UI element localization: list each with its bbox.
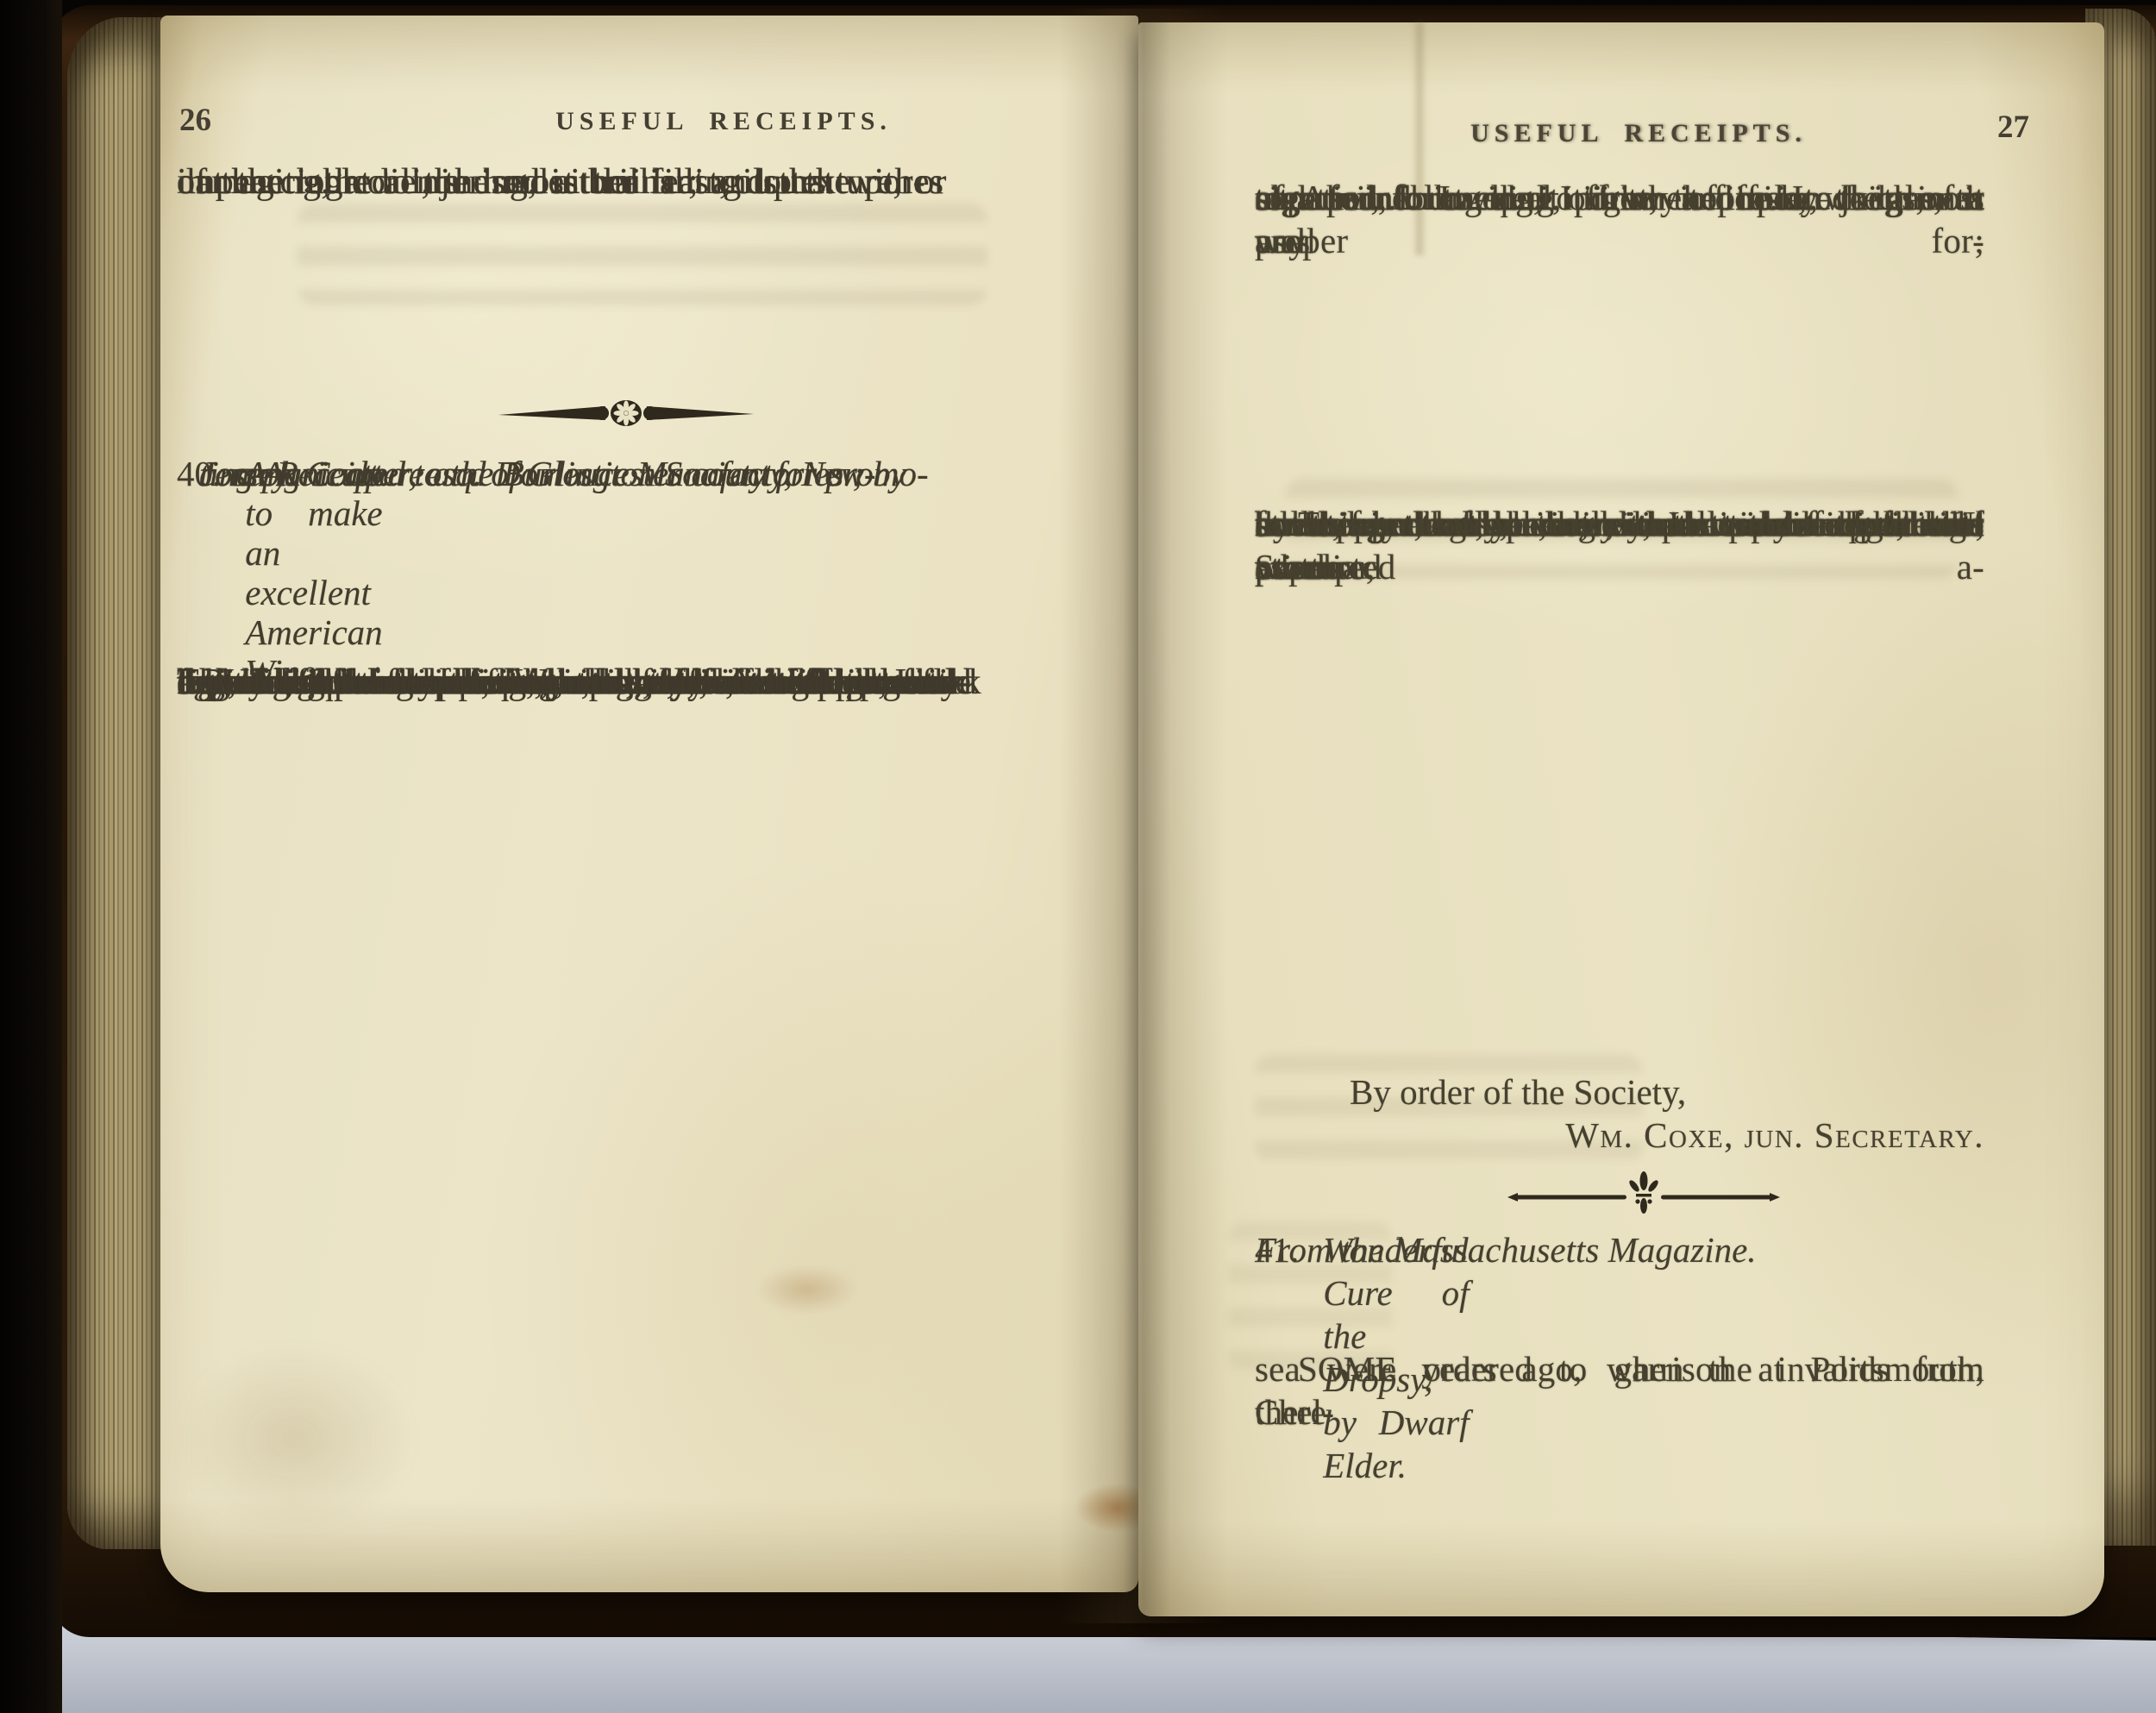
text-line: a gallon of cider spirit ; and after mix… — [177, 661, 971, 704]
heading-subtitle: From the Massachusetts Magazine. — [1255, 1228, 1757, 1271]
text-line: farms. — [1255, 502, 1345, 545]
section-divider-ornament-left — [497, 395, 755, 433]
open-book-scan: 26 USEFUL RECEIPTS. impenetrable to the … — [0, 0, 2156, 1713]
stain — [755, 1264, 857, 1315]
by-order-line: By order of the Society, — [1350, 1071, 1686, 1113]
page-number-left: 26 — [179, 102, 211, 139]
heading-last-line: Jersey. — [177, 454, 297, 493]
left-page-stack-edge — [67, 17, 172, 1549]
left-page: 26 USEFUL RECEIPTS. impenetrable to the … — [160, 16, 1138, 1592]
stain — [174, 1344, 416, 1534]
text-line: superiour. — [1255, 176, 1397, 219]
running-header-right: USEFUL RECEIPTS. — [1156, 119, 2122, 148]
scan-left-black-edge — [0, 0, 62, 1713]
text-line: damaging, at all, the most brilliant col… — [177, 160, 836, 204]
book-gutter-shadow — [1059, 9, 1228, 1623]
show-through-text — [298, 204, 987, 305]
text-line: but is made from ingredients produced on… — [1255, 502, 1984, 588]
right-page: USEFUL RECEIPTS. 27 together, I returned… — [1138, 22, 2104, 1616]
text-line: sea were ordered to garrison at Portsmou… — [1255, 1347, 1984, 1434]
page-number-right: 27 — [1997, 109, 2029, 146]
section-divider-ornament-right — [1507, 1166, 1780, 1218]
signature-line: Wm. Coxe, jun. Secretary. — [1255, 1114, 1984, 1156]
